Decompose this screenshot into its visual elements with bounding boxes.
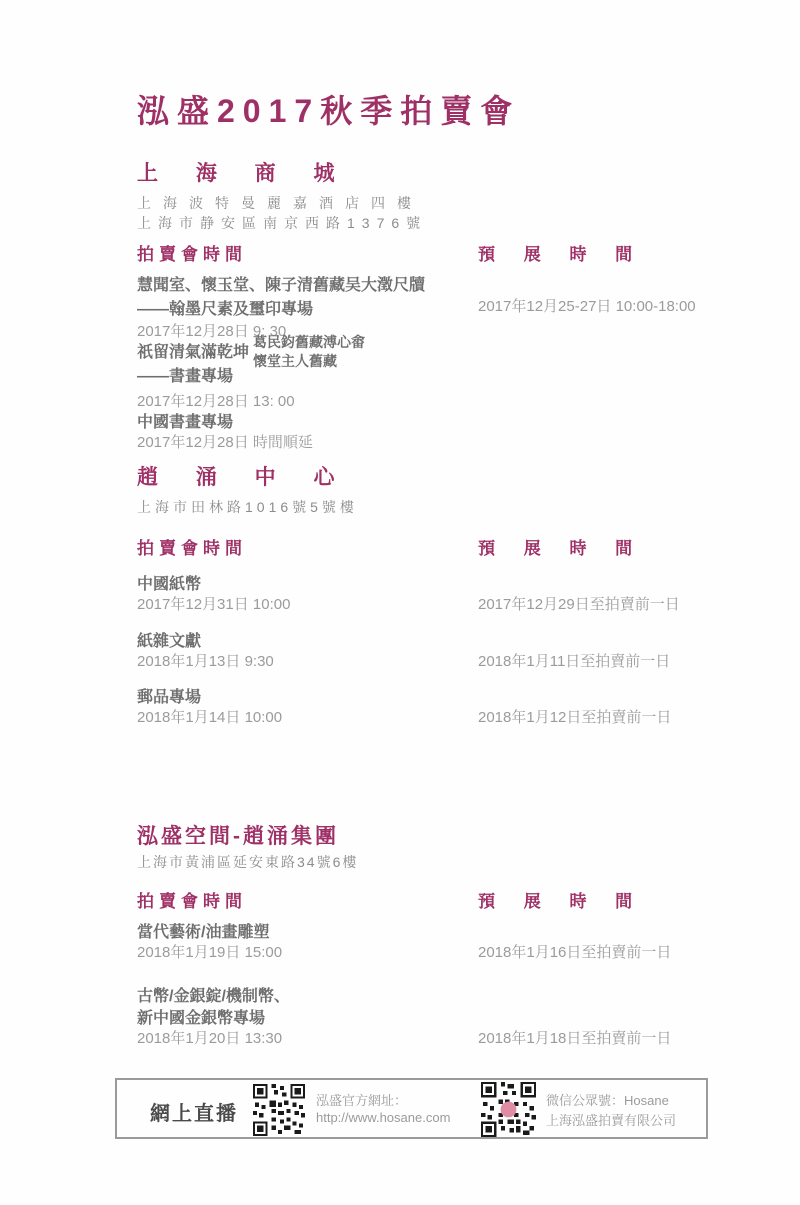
venue-title-shanghai-centre: 上 海 商 城 (137, 157, 351, 187)
auction-time-header: 拍賣會時間 (137, 240, 247, 265)
preview-period: 2018年1月16日至拍賣前一日 (478, 941, 671, 962)
session-title: ——翰墨尺素及璽印專場 (137, 296, 313, 319)
session-title: ——書畫專場 (137, 363, 233, 386)
website-url: http://www.hosane.com (316, 1110, 450, 1125)
qr-code-wechat-icon (481, 1082, 536, 1137)
preview-period: 2017年12月25-27日 10:00-18:00 (478, 295, 696, 316)
session-title: 古幣/金銀錠/機制幣、 (137, 983, 290, 1006)
venue-address-line: 上海市静安區南京西路1376號 (137, 213, 427, 233)
session-datetime: 2017年12月28日 13: 00 (137, 390, 295, 411)
company-name: 上海泓盛拍賣有限公司 (546, 1110, 676, 1129)
wechat-account-label: 微信公眾號：Hosane (546, 1090, 669, 1109)
page-title: 泓盛2017秋季拍賣會 (137, 86, 520, 132)
venue-title-zhaoyong-center: 趙 涌 中 心 (137, 461, 351, 491)
session-side-note: 懷堂主人舊藏 (253, 352, 337, 371)
venue-address-line: 上海市黃浦區延安東路34號6樓 (137, 852, 358, 872)
qr-code-website-icon (253, 1084, 305, 1136)
preview-period: 2017年12月29日至拍賣前一日 (478, 593, 680, 614)
session-title: 中國書畫專場 (137, 409, 233, 432)
session-datetime: 2018年1月14日 10:00 (137, 706, 282, 727)
preview-time-header: 預 展 時 間 (478, 534, 644, 559)
session-side-note: 葛民鈞舊藏溥心畬 (253, 333, 365, 352)
preview-time-header: 預 展 時 間 (478, 240, 644, 265)
session-datetime: 2017年12月28日 時間順延 (137, 431, 313, 452)
preview-period: 2018年1月18日至拍賣前一日 (478, 1027, 671, 1048)
session-title: 郵品專場 (137, 684, 201, 707)
session-title: 中國紙幣 (137, 571, 201, 594)
venue-address-line: 上海市田林路1016號5號樓 (137, 497, 358, 517)
auction-schedule-page: 泓盛2017秋季拍賣會 上 海 商 城 上海波特曼麗嘉酒店四樓 上海市静安區南京… (0, 0, 800, 1205)
venue-address-line: 上海波特曼麗嘉酒店四樓 (137, 193, 423, 213)
venue-title-hosane-space: 泓盛空間-趙涌集團 (137, 820, 339, 850)
auction-time-header: 拍賣會時間 (137, 887, 247, 912)
session-datetime: 2018年1月13日 9:30 (137, 650, 274, 671)
preview-period: 2018年1月11日至拍賣前一日 (478, 650, 670, 671)
session-datetime: 2018年1月20日 13:30 (137, 1027, 282, 1048)
session-datetime: 2018年1月19日 15:00 (137, 941, 282, 962)
preview-time-header: 預 展 時 間 (478, 887, 644, 912)
website-label: 泓盛官方網址： (316, 1090, 407, 1109)
session-title: 新中國金銀幣專場 (137, 1005, 265, 1028)
session-title: 當代藝術/油畫雕塑 (137, 919, 269, 942)
session-title: 祇留清氣滿乾坤 (137, 339, 249, 362)
online-broadcast-footer: 網上直播 泓盛官方網址： http://www.hosane.com (115, 1078, 708, 1139)
online-live-label: 網上直播 (150, 1097, 238, 1126)
auction-time-header: 拍賣會時間 (137, 534, 247, 559)
session-title: 紙雜文獻 (137, 628, 201, 651)
preview-period: 2018年1月12日至拍賣前一日 (478, 706, 671, 727)
session-title: 慧聞室、懷玉堂、陳子清舊藏吴大澂尺牘 (137, 272, 425, 295)
session-datetime: 2017年12月31日 10:00 (137, 593, 290, 614)
